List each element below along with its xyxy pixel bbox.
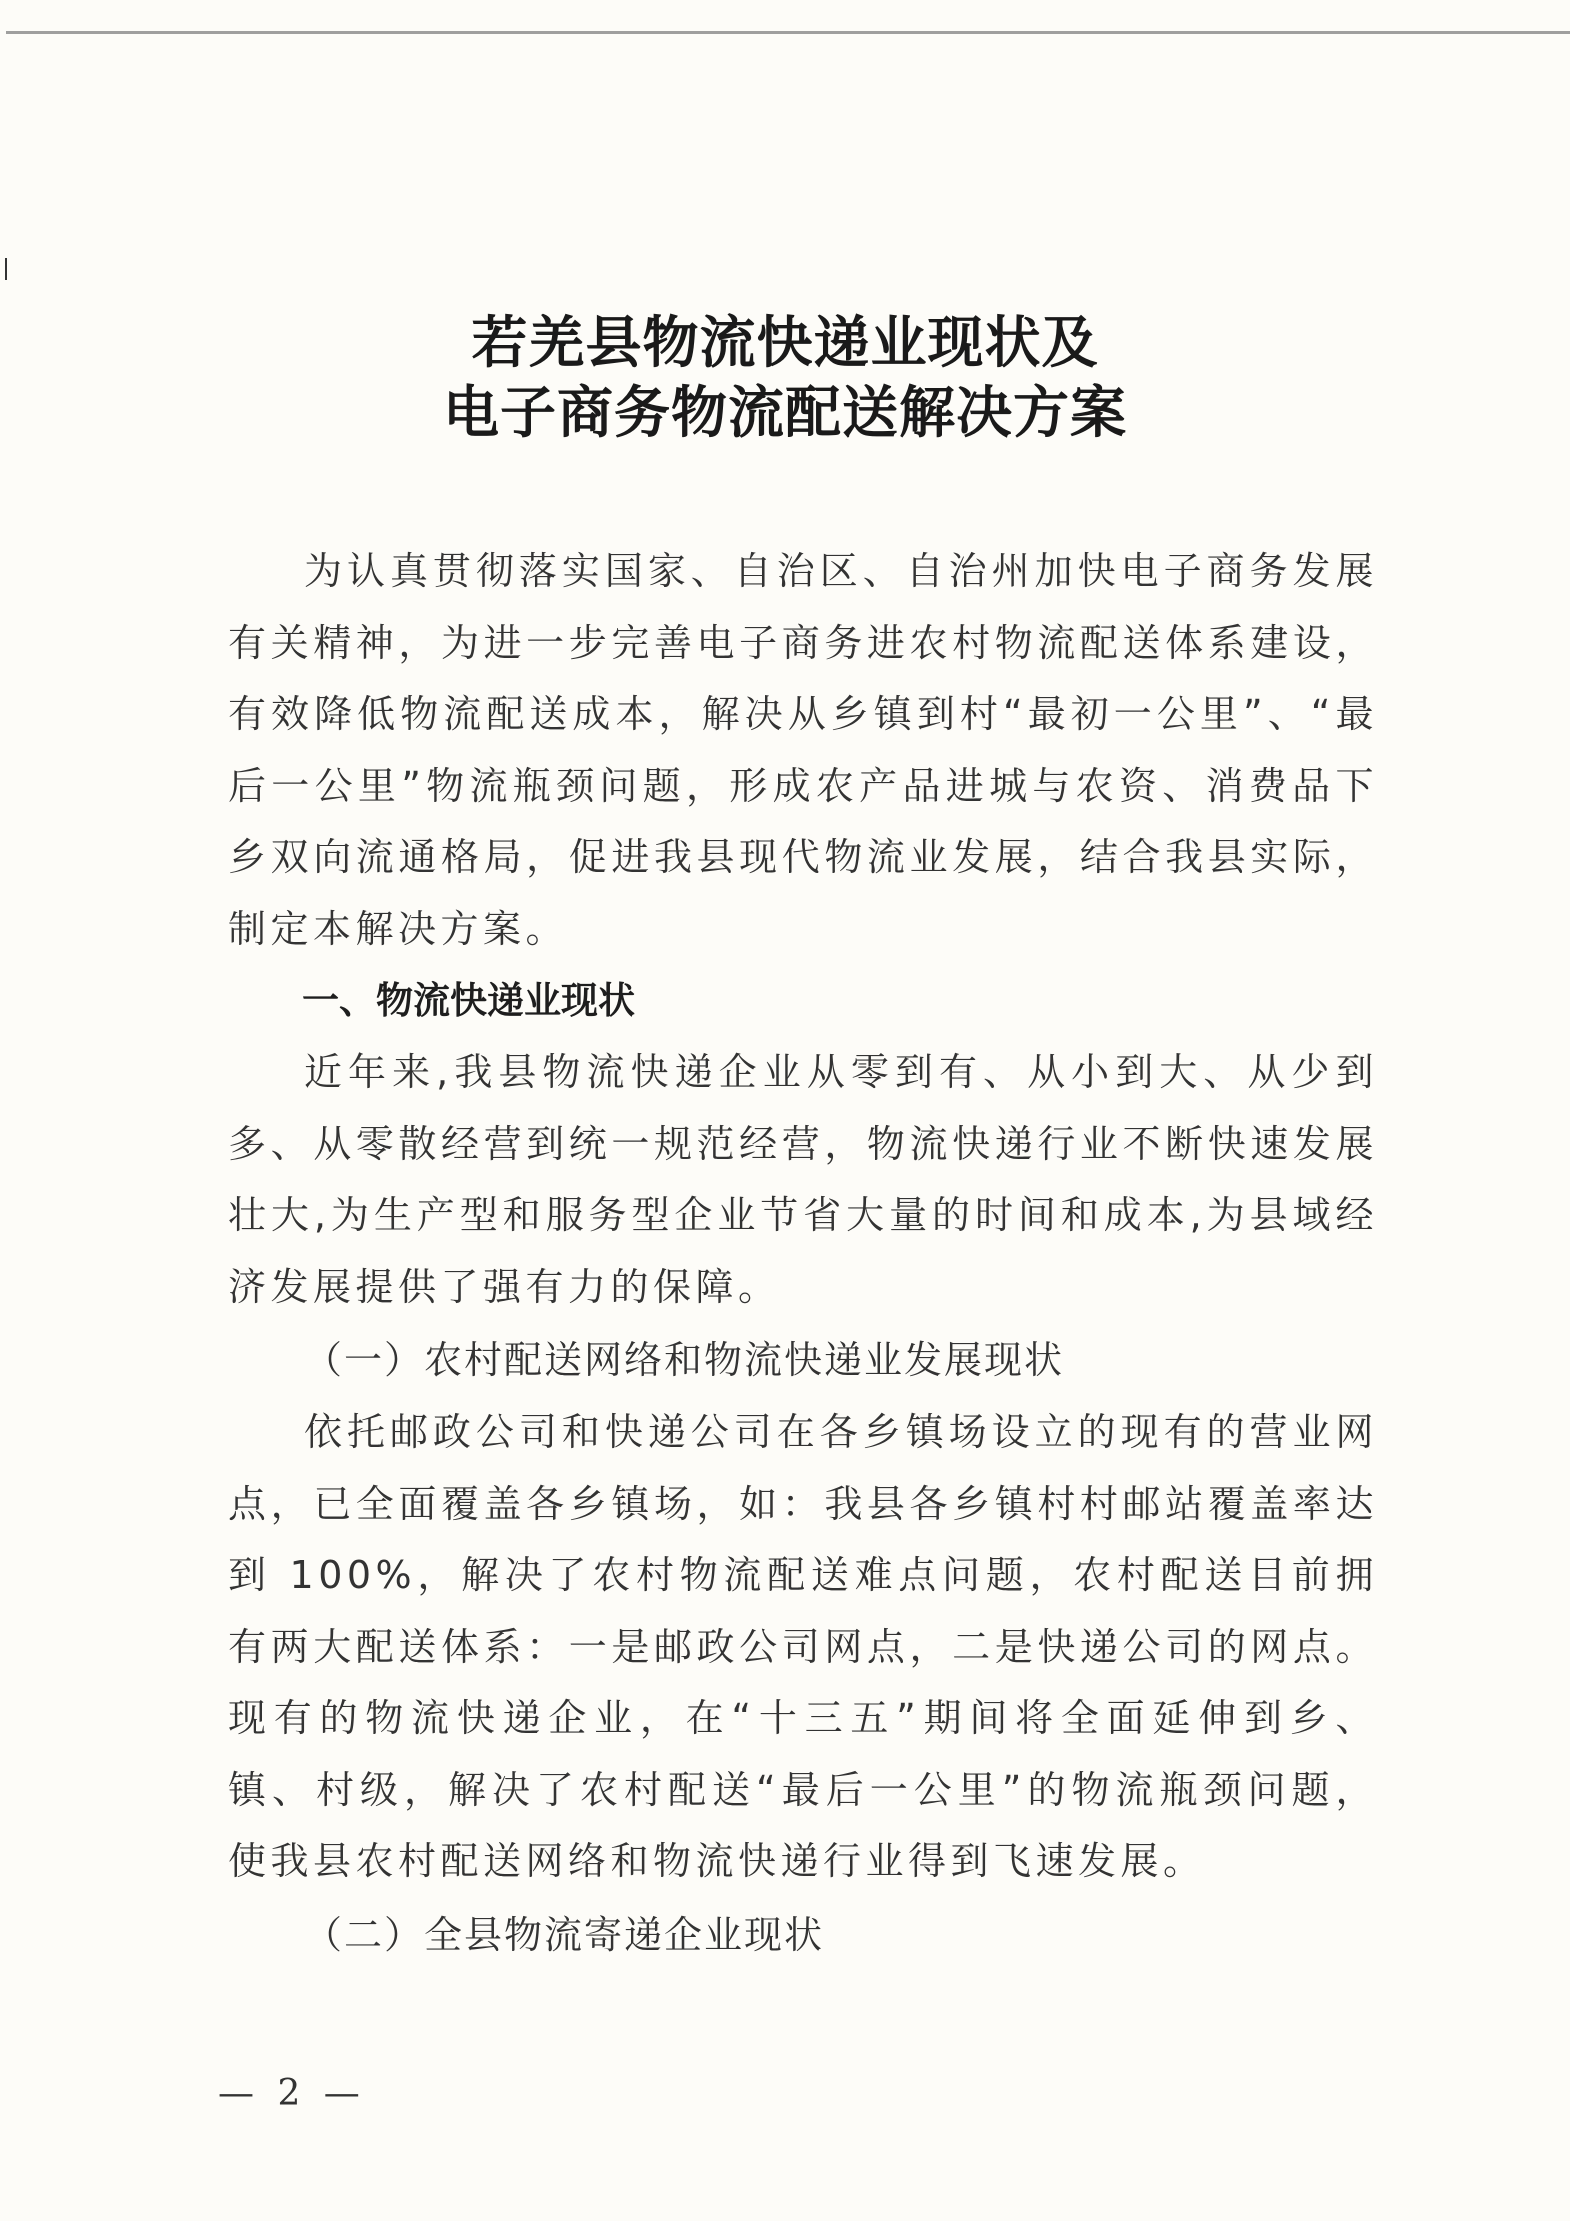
document-title: 若羌县物流快递业现状及 电子商务物流配送解决方案 [0, 308, 1570, 448]
scan-edge-mark [5, 258, 7, 280]
document-body: 为认真贯彻落实国家、自治区、自治州加快电子商务发展有关精神，为进一步完善电子商务… [228, 536, 1378, 1972]
subsection-2-heading: （二）全县物流寄递企业现状 [228, 1898, 1378, 1972]
subsection-1-heading: （一）农村配送网络和物流快递业发展现状 [228, 1323, 1378, 1397]
subsection-1-paragraph: 依托邮政公司和快递公司在各乡镇场设立的现有的营业网点，已全面覆盖各乡镇场，如：我… [228, 1397, 1378, 1898]
intro-paragraph: 为认真贯彻落实国家、自治区、自治州加快电子商务发展有关精神，为进一步完善电子商务… [228, 536, 1378, 965]
section-1-heading: 一、物流快递业现状 [228, 965, 1378, 1037]
title-line-1: 若羌县物流快递业现状及 [0, 308, 1570, 378]
title-line-2: 电子商务物流配送解决方案 [0, 378, 1570, 448]
section-1-paragraph: 近年来,我县物流快递企业从零到有、从小到大、从少到多、从零散经营到统一规范经营，… [228, 1037, 1378, 1323]
top-border-rule [6, 31, 1570, 34]
page-number: — 2 — [218, 2073, 366, 2114]
